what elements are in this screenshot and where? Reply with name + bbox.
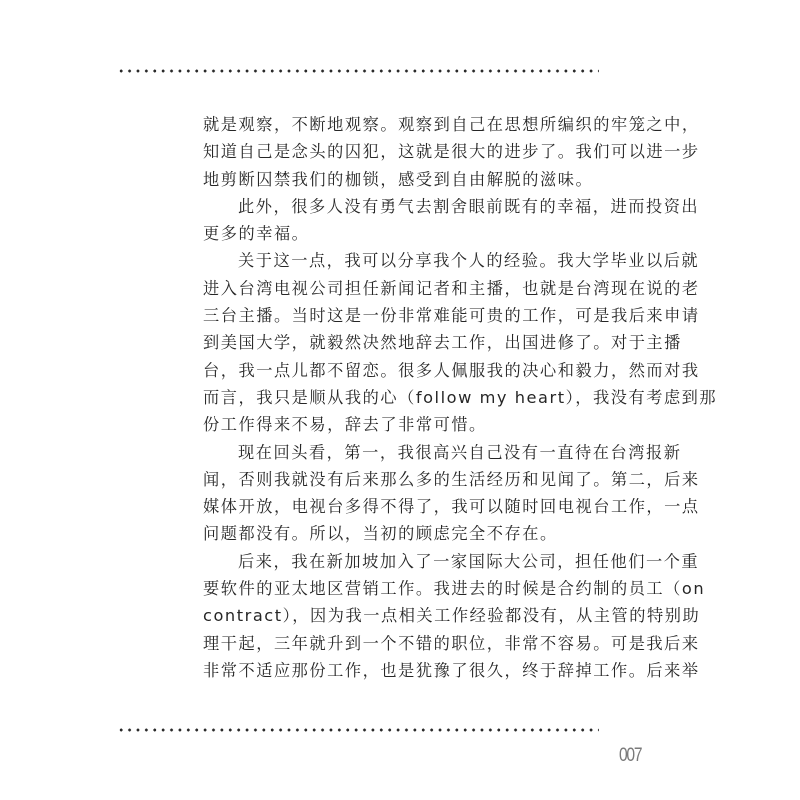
- text-line: 更多的幸福。: [203, 220, 599, 247]
- text-line: 现在回头看，第一，我很高兴自己没有一直待在台湾报新: [203, 439, 599, 466]
- text-line: 到美国大学，就毅然决然地辞去工作，出国进修了。对于主播: [203, 329, 599, 356]
- text-line: contract），因为我一点相关工作经验都没有，从主管的特别助: [203, 602, 599, 629]
- text-line: 份工作得来不易，辞去了非常可惜。: [203, 411, 599, 438]
- body-text: 就是观察，不断地观察。观察到自己在思想所编织的牢笼之中， 知道自己是念头的囚犯，…: [203, 111, 599, 684]
- text-line: 闻，否则我就没有后来那么多的生活经历和见闻了。第二，后来: [203, 466, 599, 493]
- bottom-dotted-rule: [117, 728, 599, 732]
- text-line: 关于这一点，我可以分享我个人的经验。我大学毕业以后就: [203, 247, 599, 274]
- text-line: 理干起，三年就升到一个不错的职位，非常不容易。可是我后来: [203, 630, 599, 657]
- text-line: 后来，我在新加坡加入了一家国际大公司，担任他们一个重: [203, 548, 599, 575]
- page-number: 007: [619, 745, 641, 767]
- text-line: 进入台湾电视公司担任新闻记者和主播，也就是台湾现在说的老: [203, 275, 599, 302]
- text-line: 三台主播。当时这是一份非常难能可贵的工作，可是我后来申请: [203, 302, 599, 329]
- text-line: 台，我一点儿都不留恋。很多人佩服我的决心和毅力，然而对我: [203, 357, 599, 384]
- top-dotted-rule: [117, 69, 599, 73]
- text-line: 非常不适应那份工作，也是犹豫了很久，终于辞掉工作。后来举: [203, 657, 599, 684]
- text-line: 而言，我只是顺从我的心（follow my heart），我没有考虑到那: [203, 384, 599, 411]
- text-line: 媒体开放，电视台多得不得了，我可以随时回电视台工作，一点: [203, 493, 599, 520]
- text-line: 地剪断囚禁我们的枷锁，感受到自由解脱的滋味。: [203, 166, 599, 193]
- text-line: 知道自己是念头的囚犯，这就是很大的进步了。我们可以进一步: [203, 138, 599, 165]
- text-line: 就是观察，不断地观察。观察到自己在思想所编织的牢笼之中，: [203, 111, 599, 138]
- text-line: 此外，很多人没有勇气去割舍眼前既有的幸福，进而投资出: [203, 193, 599, 220]
- text-line: 问题都没有。所以，当初的顾虑完全不存在。: [203, 520, 599, 547]
- text-line: 要软件的亚太地区营销工作。我进去的时候是合约制的员工（on: [203, 575, 599, 602]
